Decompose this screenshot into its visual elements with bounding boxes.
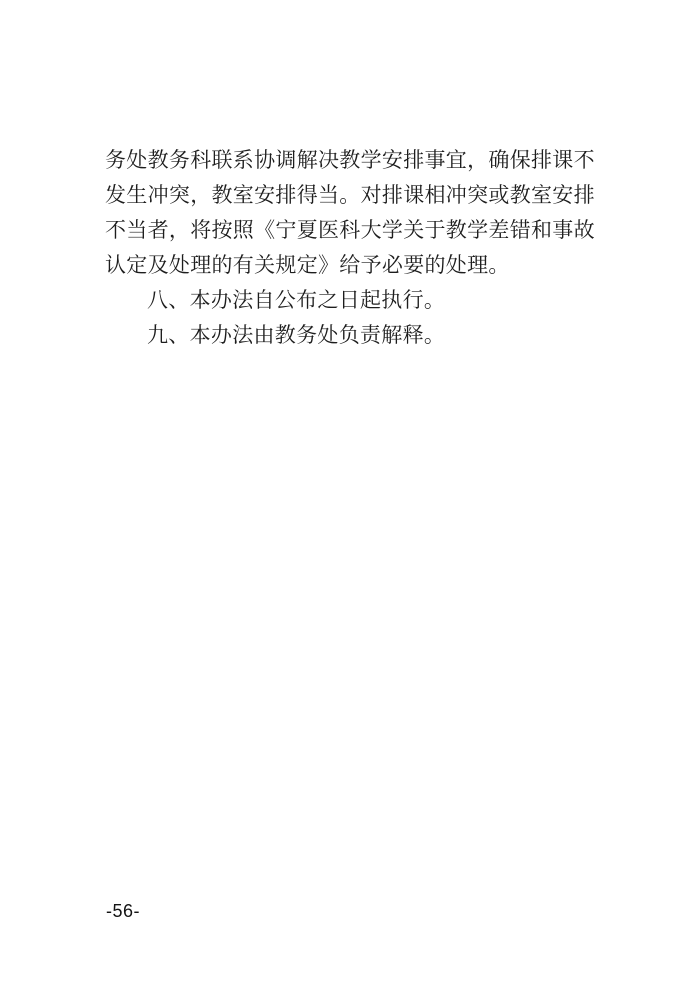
text-line-item-8: 八、本办法自公布之日起执行。 (105, 283, 597, 318)
text-line: 务处教务科联系协调解决教学安排事宜，确保排课不 (105, 143, 597, 178)
text-line: 不当者，将按照《宁夏医科大学关于教学差错和事故 (105, 213, 597, 248)
text-line: 发生冲突，教室安排得当。对排课相冲突或教室安排 (105, 178, 597, 213)
page-number: -56- (106, 901, 140, 922)
body-text-block: 务处教务科联系协调解决教学安排事宜，确保排课不 发生冲突，教室安排得当。对排课相… (105, 143, 597, 353)
text-line-item-9: 九、本办法由教务处负责解释。 (105, 318, 597, 353)
text-line: 认定及处理的有关规定》给予必要的处理。 (105, 248, 597, 283)
document-page: 务处教务科联系协调解决教学安排事宜，确保排课不 发生冲突，教室安排得当。对排课相… (0, 0, 695, 982)
